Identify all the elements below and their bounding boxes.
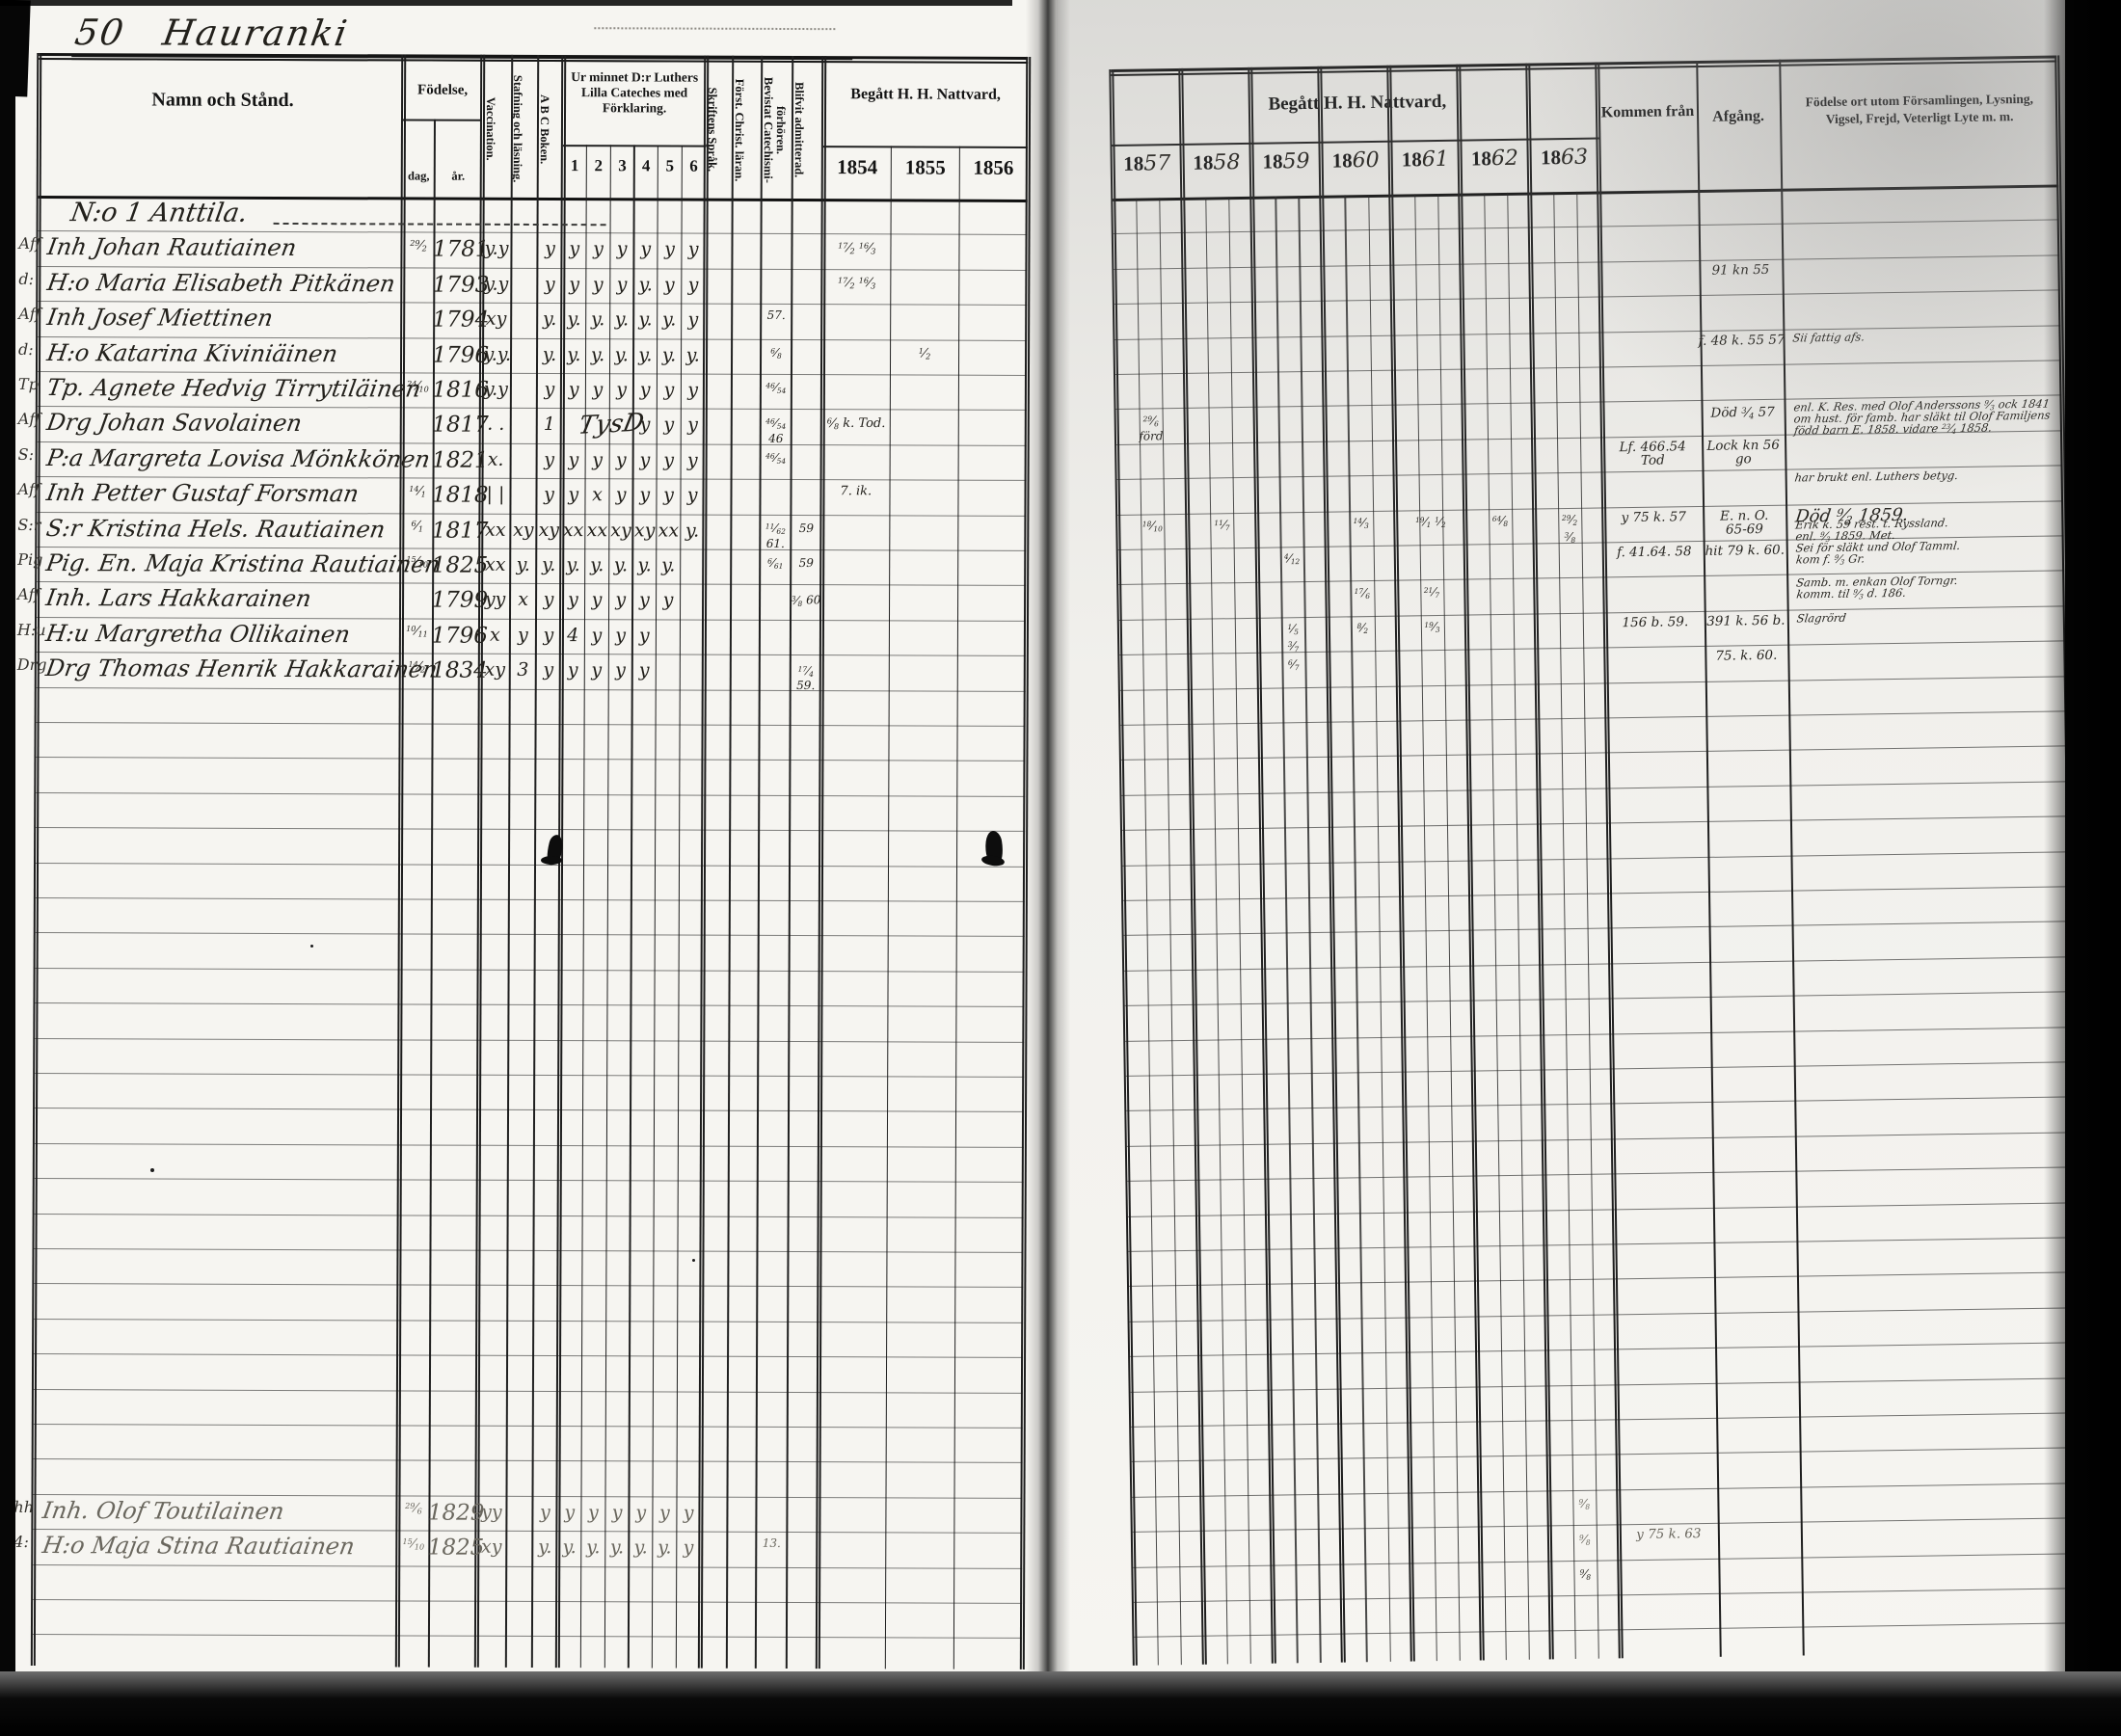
nattvard-cell: 4⁄12 bbox=[1258, 550, 1326, 569]
row-rule bbox=[1114, 220, 2059, 235]
nattvard-year-label: 1859 bbox=[1251, 149, 1321, 174]
col-header-afgang: Afgång. bbox=[1697, 108, 1780, 126]
col-header-anmarkningar: Födelse ort utom Församlingen, Lysning, … bbox=[1791, 91, 2049, 129]
scan-black-corner bbox=[0, 0, 31, 96]
nattvard-year-label: 1861 bbox=[1390, 147, 1460, 173]
afgang-cell: f. 48 k. 55 57 bbox=[1695, 333, 1787, 348]
sub-column-rule bbox=[1205, 198, 1228, 1665]
years-subrule bbox=[1112, 138, 1598, 147]
table-top-rule bbox=[1111, 55, 2056, 76]
nattvard-cell: 29⁄6förd bbox=[1117, 412, 1185, 442]
remark-line: kom f. 9⁄3 Gr. bbox=[1795, 551, 1866, 567]
kommen-cell: y 75 k. 63 bbox=[1621, 1527, 1717, 1542]
nattvard-cell: 64⁄8 bbox=[1466, 512, 1534, 530]
kommen-cell: Lf. 466.54Tod bbox=[1604, 440, 1701, 468]
row-rule bbox=[1121, 746, 2065, 761]
remark-line: komm. til 9⁄3 d. 186. bbox=[1796, 586, 1907, 601]
book-spread: 50 Hauranki Namn och Stånd. Födelse, dag… bbox=[15, 0, 2065, 1674]
scan-black-bottom bbox=[0, 1671, 2121, 1736]
remark-line: Slagrörd bbox=[1796, 611, 1847, 626]
row-rule bbox=[1119, 605, 2065, 621]
afgang-cell: 391 k. 56 b. bbox=[1700, 613, 1792, 628]
speck bbox=[150, 1168, 154, 1172]
sub-column-rule bbox=[1507, 193, 1530, 1660]
remark-line: Sii fattig afs. bbox=[1792, 330, 1866, 344]
scan-vignette-right bbox=[2044, 0, 2121, 1736]
remark-line: har brukt enl. Luthers betyg. bbox=[1794, 468, 1959, 485]
nattvard-year-label: 1857 bbox=[1113, 151, 1182, 176]
nattvard-cell: 19⁄1 1⁄2 bbox=[1397, 513, 1464, 531]
nattvard-year-label: 1860 bbox=[1321, 148, 1390, 174]
nattvard-cell: 19⁄3 bbox=[1398, 618, 1465, 636]
sub-column-rule bbox=[1368, 195, 1391, 1662]
nattvard-cell: 29⁄23⁄8 bbox=[1536, 511, 1604, 547]
sub-column-rule bbox=[1553, 192, 1576, 1659]
afgang-cell: hit 79 k. 60. bbox=[1699, 544, 1791, 559]
kommen-cell: 156 b. 59. bbox=[1607, 615, 1704, 630]
nattvard-cell: 21⁄7 bbox=[1398, 583, 1465, 601]
nattvard-cell: 9⁄8 bbox=[1550, 1495, 1618, 1513]
nattvard-year-label: 1862 bbox=[1460, 147, 1529, 172]
afgang-cell: 91 kn 55 bbox=[1694, 262, 1786, 278]
speck bbox=[310, 945, 313, 948]
scanned-parish-register: 50 Hauranki Namn och Stånd. Födelse, dag… bbox=[0, 0, 2121, 1736]
nattvard-year-label: 1863 bbox=[1529, 146, 1598, 171]
remark-line: född barn E. 1858. vidare 23⁄4 1858. bbox=[1793, 421, 1993, 439]
row-rule bbox=[1115, 360, 2061, 375]
sub-column-rule bbox=[1299, 196, 1322, 1663]
row-rule bbox=[1114, 254, 2059, 270]
afgang-cell: Död 3⁄4 57 bbox=[1697, 403, 1789, 424]
col-header-kommen: Kommen från bbox=[1598, 99, 1697, 126]
stray-mark: 9⁄8 bbox=[1551, 1565, 1619, 1584]
sub-column-rule bbox=[1576, 192, 1599, 1659]
margin-code: hh bbox=[15, 1498, 34, 1516]
row-rule bbox=[1121, 781, 2065, 796]
nattvard-cell: 17⁄6 bbox=[1329, 584, 1396, 602]
nattvard-cell: 18⁄10 bbox=[1118, 517, 1186, 535]
book-binding-gutter bbox=[1026, 0, 1070, 1674]
nattvard-cell: 9⁄8 bbox=[1551, 1531, 1619, 1549]
sub-column-rule bbox=[1345, 195, 1368, 1662]
sub-column-rule bbox=[1228, 197, 1251, 1664]
nattvard-cell: 8⁄2 bbox=[1329, 619, 1396, 637]
afgang-cell: E. n. O.65-69 bbox=[1698, 508, 1790, 537]
header-bottom-rule bbox=[1113, 184, 2058, 200]
nattvard-cell: 11⁄7 bbox=[1188, 516, 1255, 534]
afgang-cell: 75. k. 60. bbox=[1700, 649, 1792, 664]
ink-blot-tail bbox=[541, 856, 562, 865]
sub-column-rule bbox=[1437, 194, 1461, 1661]
kommen-cell: y 75 k. 57 bbox=[1605, 510, 1702, 525]
nattvard-cell: 1⁄53⁄76⁄7 bbox=[1259, 621, 1328, 675]
sub-column-rule bbox=[1275, 196, 1299, 1663]
row-rule bbox=[1114, 325, 2060, 340]
row-rule bbox=[1120, 710, 2065, 726]
speck bbox=[692, 1259, 695, 1262]
kommen-cell: f. 41.64. 58 bbox=[1606, 545, 1703, 560]
nattvard-cell: 14⁄3 bbox=[1328, 514, 1395, 532]
scan-black-top-edge bbox=[0, 0, 1012, 6]
row-rule bbox=[1114, 290, 2060, 306]
nattvard-year-label: 1858 bbox=[1182, 150, 1251, 175]
row-rule bbox=[1120, 676, 2065, 691]
margin-code: 4: bbox=[15, 1533, 29, 1551]
sub-column-rule bbox=[1484, 193, 1507, 1660]
afgang-cell: Lock kn 56go bbox=[1697, 438, 1789, 467]
sub-column-rule bbox=[1414, 194, 1437, 1661]
